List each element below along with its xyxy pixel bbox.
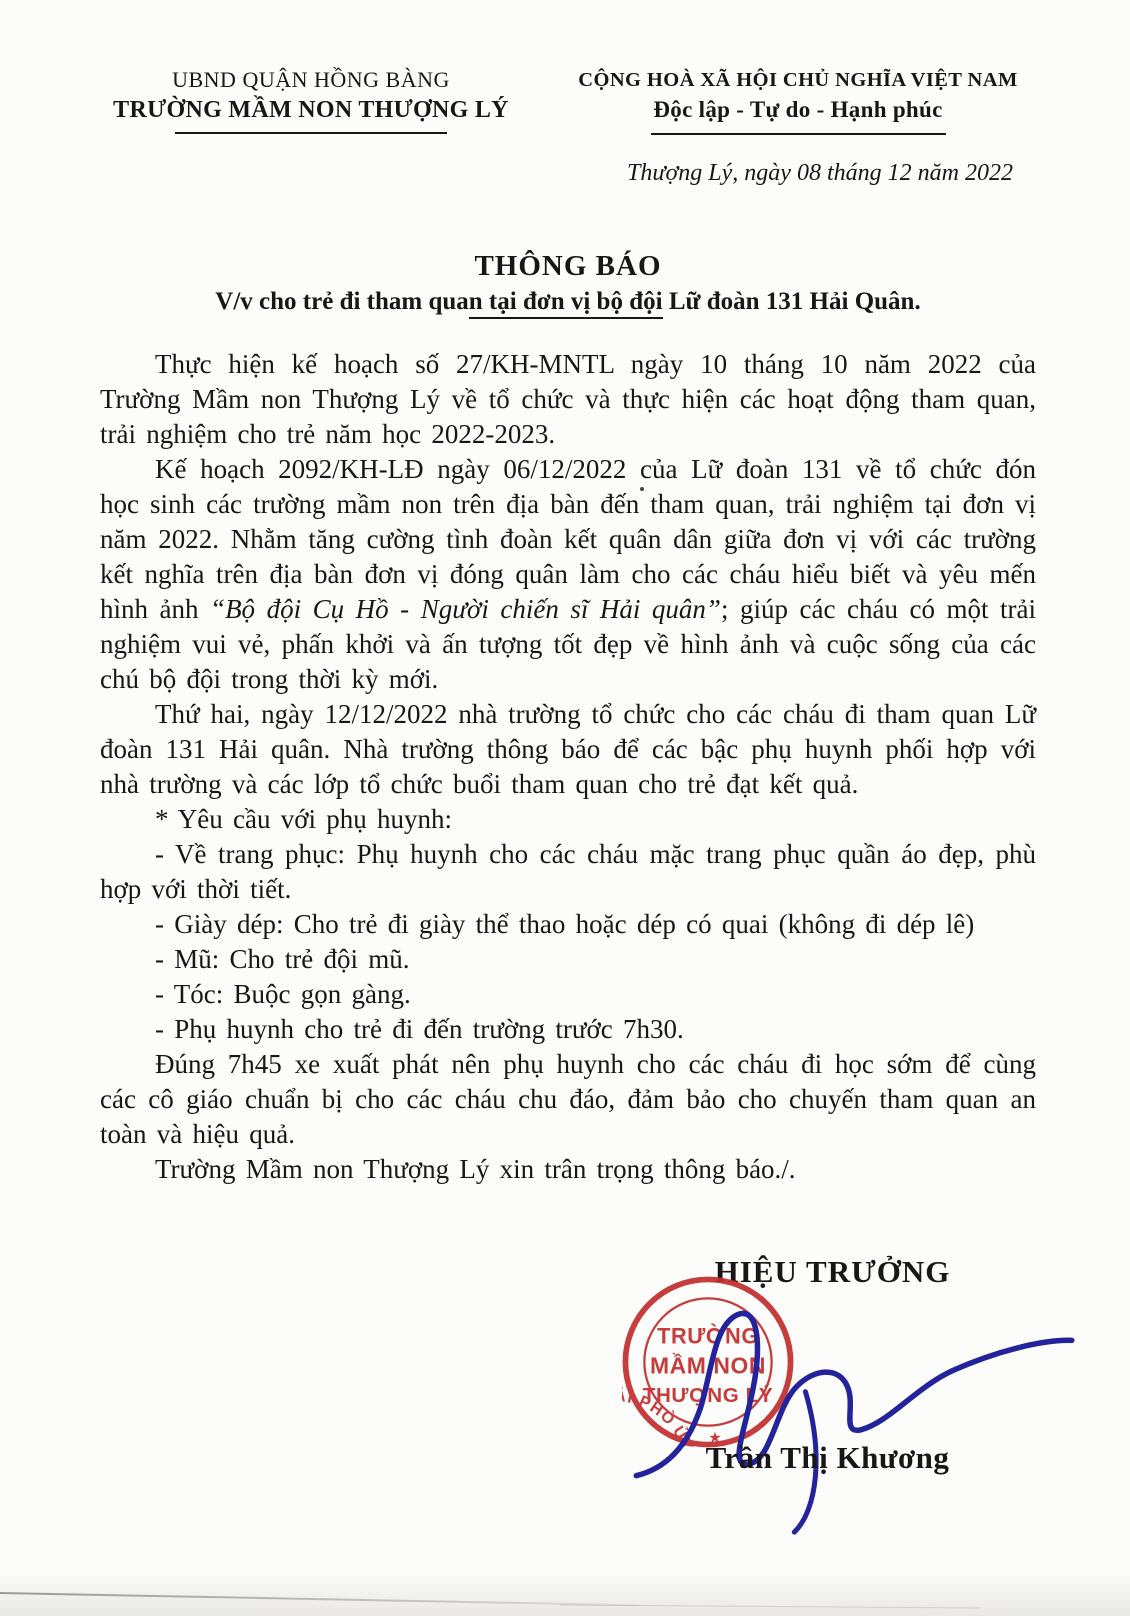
body-paragraph: - Mũ: Cho trẻ đội mũ. xyxy=(100,942,1036,977)
body-paragraph: - Giày dép: Cho trẻ đi giày thể thao hoặ… xyxy=(100,907,1036,942)
org-parent-name: UBND QUẬN HỒNG BÀNG xyxy=(85,66,537,94)
quoted-phrase: “Bộ đội Cụ Hồ - Người chiến sĩ Hải quân” xyxy=(210,594,721,624)
body-paragraph: Trường Mầm non Thượng Lý xin trân trọng … xyxy=(100,1152,1036,1187)
document-title: THÔNG BÁO xyxy=(100,250,1036,283)
body-paragraph: Thực hiện kế hoạch số 27/KH-MNTL ngày 10… xyxy=(100,347,1036,452)
document-page: UBND QUẬN HỒNG BÀNG TRƯỜNG MẦM NON THƯỢN… xyxy=(0,0,1130,1616)
body-paragraph: Kế hoạch 2092/KH-LĐ ngày 06/12/2022 của … xyxy=(100,452,1036,697)
issuing-org-block: UBND QUẬN HỒNG BÀNG TRƯỜNG MẦM NON THƯỢN… xyxy=(85,66,537,134)
national-motto: Độc lập - Tự do - Hạnh phúc xyxy=(568,94,1028,126)
scan-edge-shadow xyxy=(0,1570,1130,1616)
dateline: Thượng Lý, ngày 08 tháng 12 năm 2022 xyxy=(610,158,1030,188)
national-motto-block: CỘNG HOÀ XÃ HỘI CHỦ NGHĨA VIỆT NAM Độc l… xyxy=(568,66,1028,135)
subject-underlined: n tại đơn vị bộ đội xyxy=(469,288,663,319)
scan-speck xyxy=(640,487,644,491)
org-name: TRƯỜNG MẦM NON THƯỢNG LÝ xyxy=(85,94,537,126)
signer-name: Trần Thị Khương xyxy=(685,1440,970,1476)
document-body: Thực hiện kế hoạch số 27/KH-MNTL ngày 10… xyxy=(100,347,1036,1187)
motto-underline xyxy=(651,133,946,135)
subject-pre: V/v cho trẻ đi tham qua xyxy=(215,288,468,315)
body-paragraph: Thứ hai, ngày 12/12/2022 nhà trường tổ c… xyxy=(100,697,1036,802)
subject-post: Lữ đoàn 131 Hải Quân. xyxy=(663,288,921,315)
body-paragraph: - Tóc: Buộc gọn gàng. xyxy=(100,977,1036,1012)
document-subject: V/v cho trẻ đi tham quan tại đơn vị bộ đ… xyxy=(100,288,1036,316)
body-paragraph: - Về trang phục: Phụ huynh cho các cháu … xyxy=(100,837,1036,907)
handwritten-signature xyxy=(593,1263,1114,1551)
org-underline xyxy=(175,132,447,134)
body-paragraph: - Phụ huynh cho trẻ đi đến trường trước … xyxy=(100,1012,1036,1047)
signature-graphic xyxy=(593,1263,1114,1551)
body-paragraph: Đúng 7h45 xe xuất phát nên phụ huynh cho… xyxy=(100,1047,1036,1152)
body-paragraph: * Yêu cầu với phụ huynh: xyxy=(100,802,1036,837)
national-title: CỘNG HOÀ XÃ HỘI CHỦ NGHĨA VIỆT NAM xyxy=(568,66,1028,94)
